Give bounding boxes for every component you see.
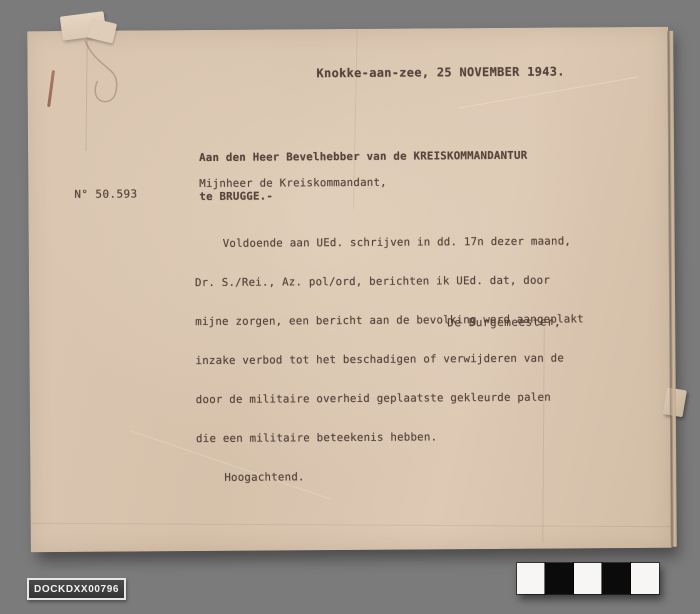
photo-canvas: Knokke-aan-zee, 25 NOVEMBER 1943. Aan de… (0, 0, 700, 614)
signature-line: De Burgemeester, (447, 316, 561, 330)
salutation: Mijnheer de Kreiskommandant, (199, 176, 387, 190)
catalog-label-text: DOCKDXX00796 (29, 584, 124, 595)
body-line: die een militaire beteekenis hebben. (196, 429, 585, 445)
scale-bar (517, 563, 659, 594)
catalog-label: DOCKDXX00796 (27, 578, 126, 600)
reference-number: N° 50.593 (74, 187, 137, 200)
scale-bar-square (574, 563, 602, 594)
body-line: inzake verbod tot het beschadigen of ver… (195, 351, 584, 367)
recipient-line-2: te BRUGGE.- (199, 188, 527, 203)
scale-bar-square (631, 563, 659, 594)
scale-bar-square (602, 563, 630, 594)
letter-paper: Knokke-aan-zee, 25 NOVEMBER 1943. Aan de… (27, 27, 672, 552)
body-line: Dr. S./Rei., Az. pol/ord, berichten ik U… (195, 273, 584, 289)
date-line: Knokke-aan-zee, 25 NOVEMBER 1943. (316, 64, 564, 80)
scale-bar-square (517, 563, 545, 594)
recipient-line-1: Aan den Heer Bevelhebber van de KREISKOM… (199, 149, 527, 164)
body-line: Voldoende aan UEd. schrijven in dd. 17n … (195, 234, 584, 250)
closing-line: Hoogachtend. (196, 468, 585, 484)
letter-body: Voldoende aan UEd. schrijven in dd. 17n … (194, 208, 585, 510)
scale-bar-square (545, 563, 573, 594)
body-line: door de militaire overheid geplaatste ge… (196, 390, 585, 406)
